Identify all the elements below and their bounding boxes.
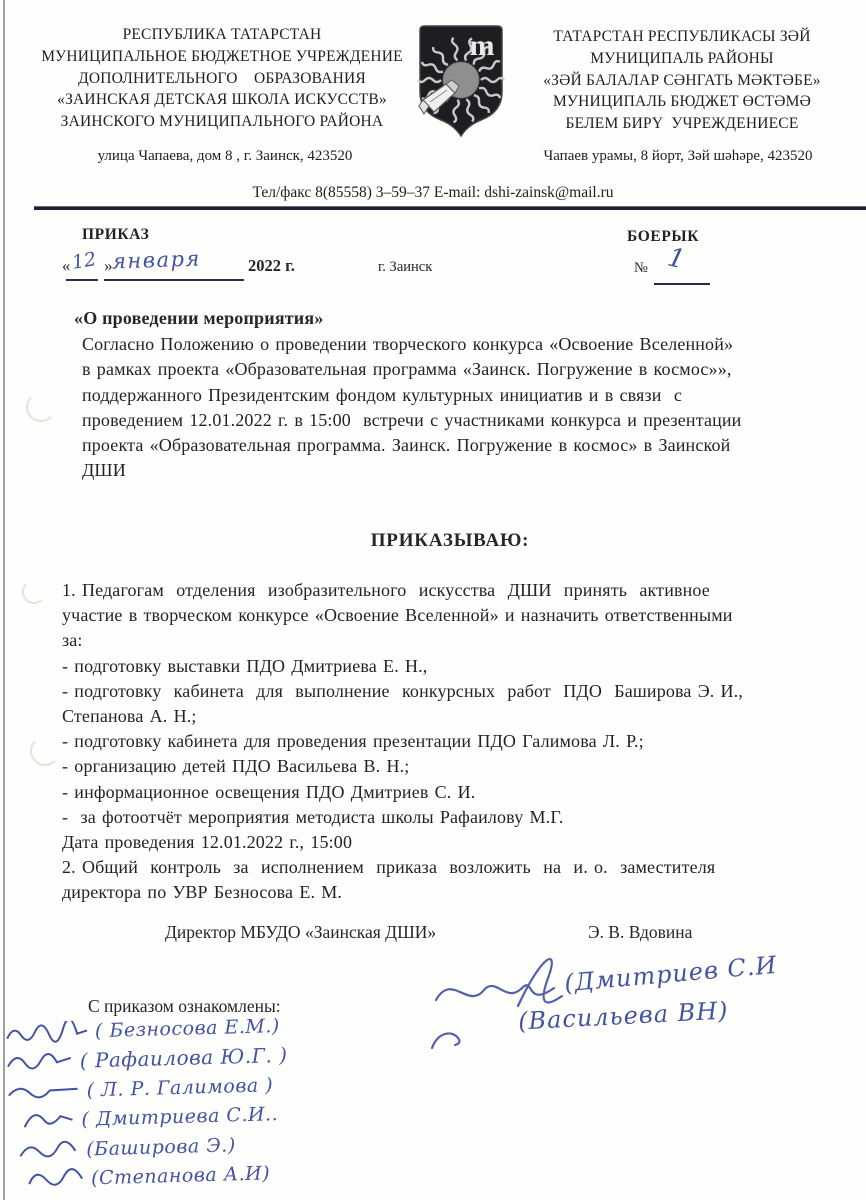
org-name-tatar: ТАТАРСТАН РЕСПУБЛИКАСЫ ЗӘЙ МУНИЦИПАЛЬ РА… (505, 26, 859, 135)
handwritten-month: января (112, 246, 202, 273)
month-underline (104, 279, 244, 281)
quote-open: « (62, 256, 70, 275)
signature-scribble-icon (5, 1050, 76, 1074)
school-emblem-icon: m (410, 24, 512, 140)
order-preamble: Согласно Положению о проведении творческ… (82, 332, 858, 484)
handwritten-number: 1 (665, 243, 688, 276)
resolution-heading: ПРИКАЗЫВАЮ: (100, 530, 800, 552)
number-underline (654, 283, 710, 285)
number-sign: № (634, 260, 648, 277)
scan-curl-artifact (22, 580, 46, 604)
director-name: Э. В. Вдовина (588, 922, 692, 943)
signature-scribble-icon (5, 1079, 82, 1103)
acknowledgement-signatures: ( Безносова Е.М.) ( Рафаилова Ю.Г. ) ( Л… (4, 1005, 489, 1195)
signature-scribble-icon (4, 1020, 91, 1044)
order-items: 1. Педагогам отделения изобразительного … (62, 578, 854, 906)
scan-curl-artifact (26, 392, 56, 422)
order-title-russian: ПРИКАЗ (82, 226, 149, 244)
year-label: 2022 г. (248, 256, 295, 276)
order-subject: «О проведении мероприятия» (74, 308, 324, 329)
address-russian: улица Чапаева, дом 8 , г. Заинск, 423520 (40, 148, 410, 165)
signature-scribble-icon (26, 1167, 87, 1193)
signature-scribble-icon (17, 1137, 82, 1163)
order-title-tatar: БОЕРЫК (627, 228, 699, 246)
right-signature-block: (Дмитриев С.И (Васильева ВН) (422, 944, 862, 1064)
handwritten-day: 12 (70, 248, 97, 274)
signature-scribble-icon (20, 1108, 77, 1134)
letterhead-divider (34, 206, 866, 210)
address-tatar: Чапаев урамы, 8 йорт, Зәй шәһәре, 423520 (496, 148, 860, 165)
scan-curl-artifact (30, 736, 60, 766)
scanned-order-document: РЕСПУБЛИКА ТАТАРСТАН МУНИЦИПАЛЬНОЕ БЮДЖЕ… (0, 0, 866, 1200)
contact-line: Тел/факс 8(85558) 3–59–37 E-mail: dshi-z… (120, 184, 746, 202)
org-name-russian: РЕСПУБЛИКА ТАТАРСТАН МУНИЦИПАЛЬНОЕ БЮДЖЕ… (28, 24, 416, 133)
director-label: Директор МБУДО «Заинская ДШИ» (165, 922, 436, 943)
place-label: г. Заинск (378, 259, 432, 276)
day-underline (66, 279, 98, 281)
svg-text:m: m (470, 29, 495, 62)
